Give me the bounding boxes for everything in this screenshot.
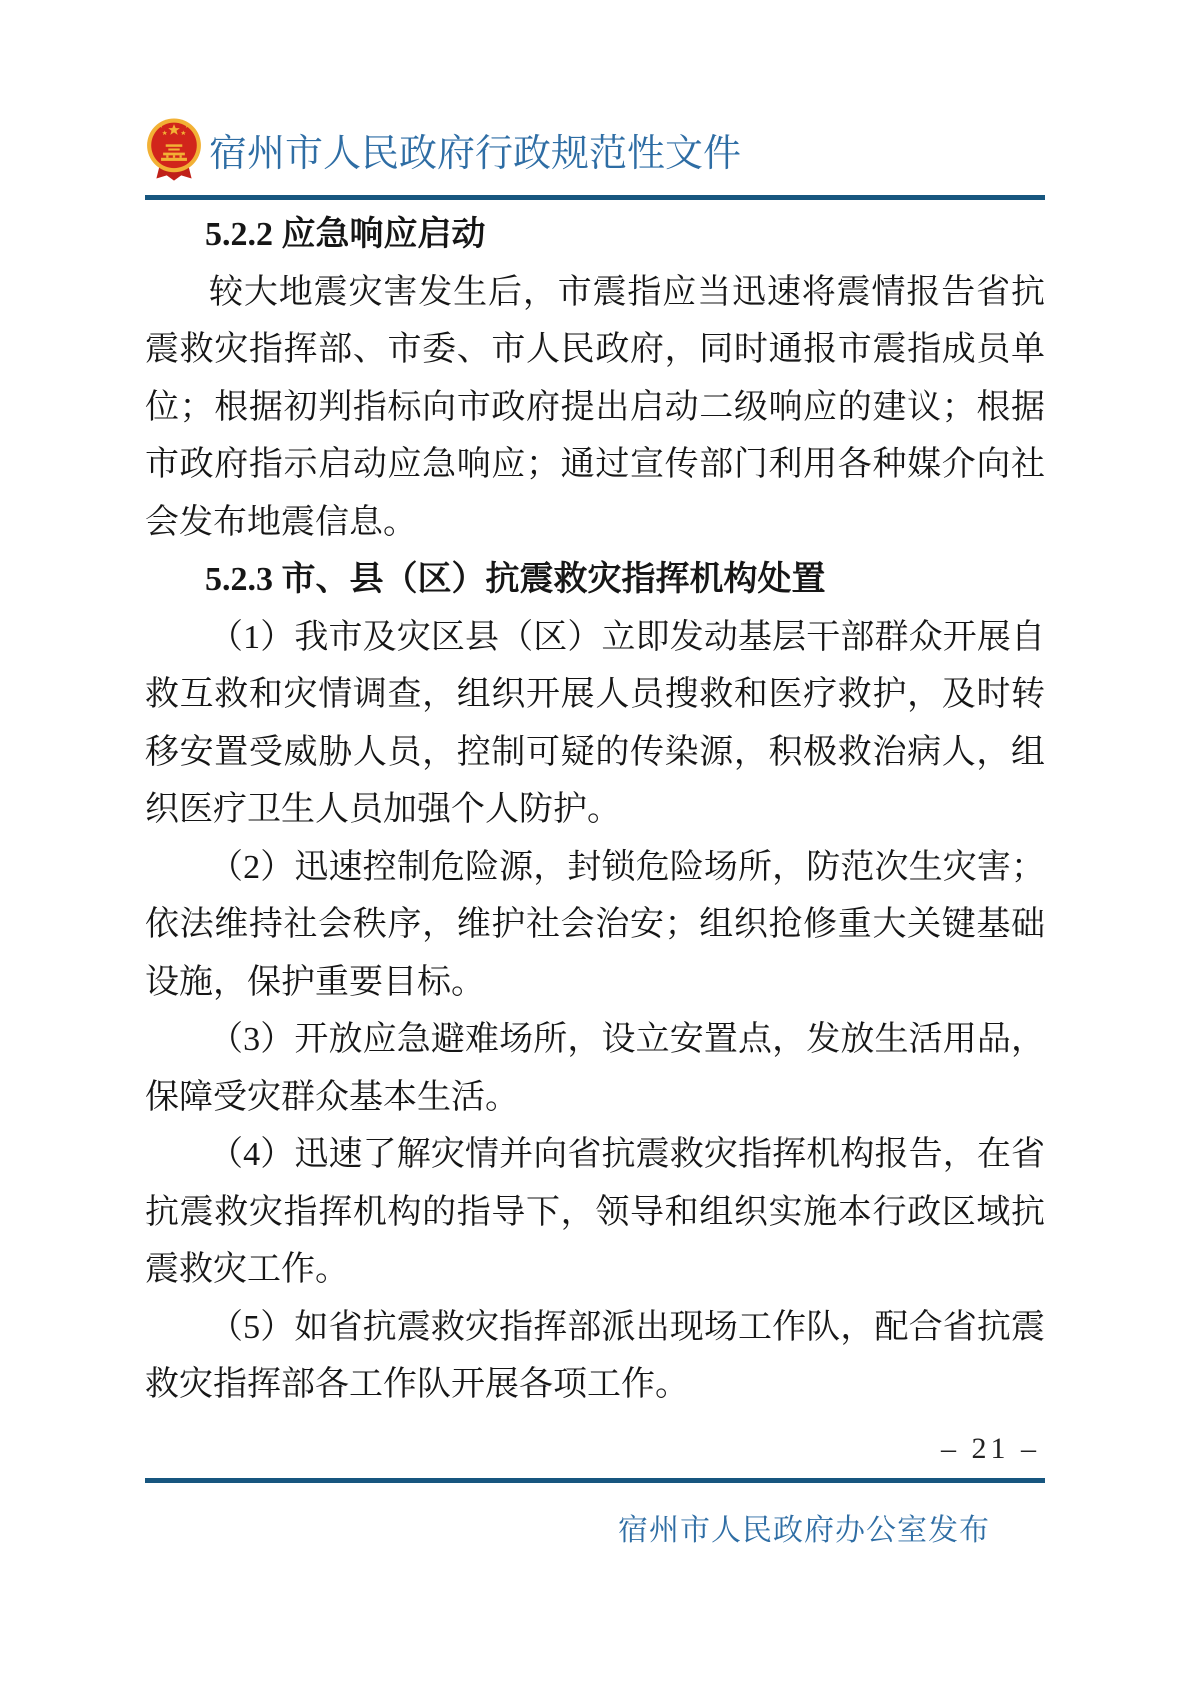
document-header: 宿州市人民政府行政规范性文件 — [145, 116, 1045, 182]
section-heading-523: 5.2.3 市、县（区）抗震救灾指挥机构处置 — [145, 551, 1045, 609]
paragraph: （3）开放应急避难场所，设立安置点，发放生活用品，保障受灾群众基本生活。 — [145, 1011, 1045, 1126]
section-heading-522: 5.2.2 应急响应启动 — [145, 206, 1045, 264]
document-body: 5.2.2 应急响应启动 较大地震灾害发生后，市震指应当迅速将震情报告省抗震救灾… — [145, 206, 1045, 1414]
header-divider — [145, 195, 1045, 200]
document-page: 宿州市人民政府行政规范性文件 5.2.2 应急响应启动 较大地震灾害发生后，市震… — [0, 0, 1190, 1683]
footer-publisher: 宿州市人民政府办公室发布 — [145, 1505, 1045, 1549]
paragraph: （5）如省抗震救灾指挥部派出现场工作队，配合省抗震救灾指挥部各工作队开展各项工作… — [145, 1299, 1045, 1414]
page-number: – 21 – — [941, 1432, 1040, 1466]
national-emblem-icon — [145, 116, 203, 182]
paragraph: （1）我市及灾区县（区）立即发动基层干部群众开展自救互救和灾情调查，组织开展人员… — [145, 609, 1045, 839]
paragraph: （4）迅速了解灾情并向省抗震救灾指挥机构报告，在省抗震救灾指挥机构的指导下，领导… — [145, 1126, 1045, 1299]
paragraph: 较大地震灾害发生后，市震指应当迅速将震情报告省抗震救灾指挥部、市委、市人民政府，… — [145, 264, 1045, 552]
header-title: 宿州市人民政府行政规范性文件 — [209, 122, 741, 177]
footer-divider — [145, 1478, 1045, 1483]
paragraph: （2）迅速控制危险源，封锁危险场所，防范次生灾害；依法维持社会秩序，维护社会治安… — [145, 839, 1045, 1012]
